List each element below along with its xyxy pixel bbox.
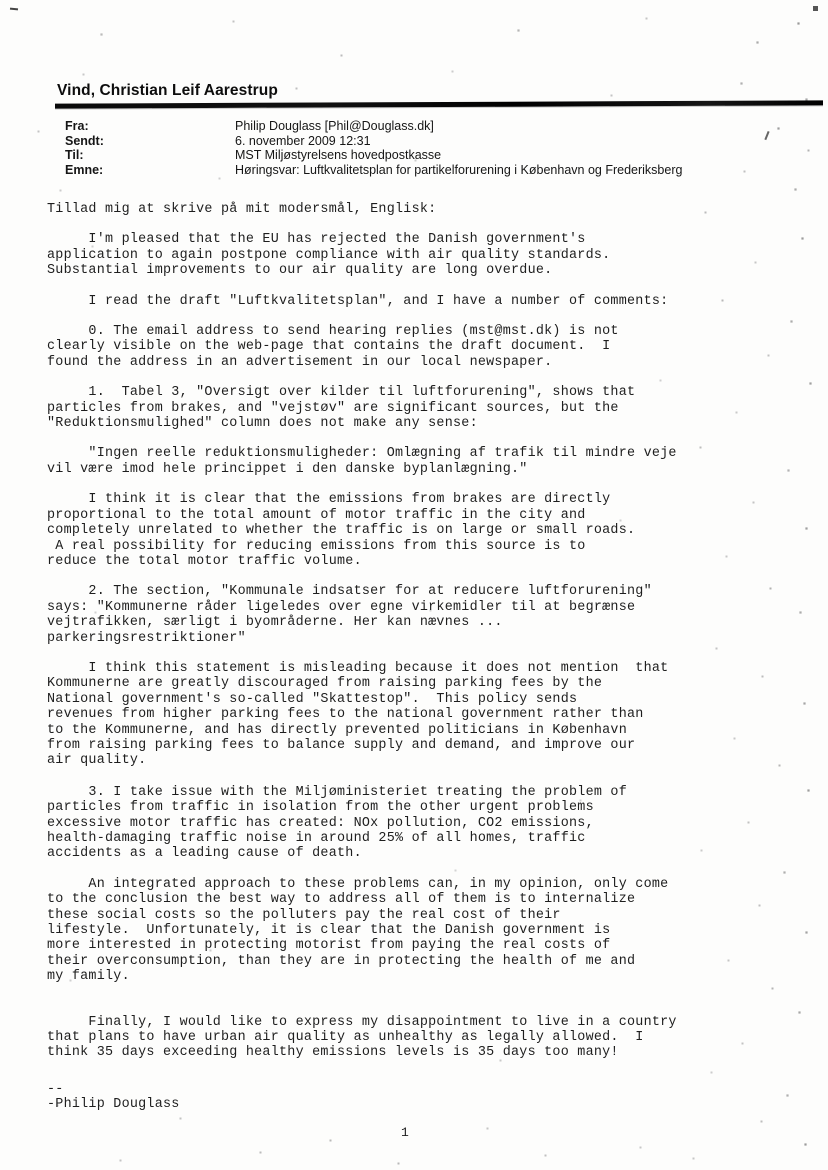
- meta-row-til: Til: MST Miljøstyrelsens hovedpostkasse: [65, 148, 785, 163]
- meta-label-sendt: Sendt:: [65, 134, 235, 149]
- scanned-email-page: Vind, Christian Leif Aarestrup Fra: Phil…: [0, 0, 828, 1170]
- email-paragraph-brakes: I think it is clear that the emissions f…: [47, 492, 787, 569]
- email-signature: -- -Philip Douglass: [47, 1082, 787, 1113]
- meta-row-fra: Fra: Philip Douglass [Phil@Douglass.dk]: [65, 119, 785, 134]
- scan-noise-specks: [0, 0, 1, 1]
- email-paragraph-comment-3: 3. I take issue with the Miljøministerie…: [47, 785, 787, 862]
- email-paragraph-integrated: An integrated approach to these problems…: [47, 877, 787, 985]
- page-number: 1: [401, 1125, 409, 1140]
- meta-value-til: MST Miljøstyrelsens hovedpostkasse: [235, 148, 441, 163]
- email-paragraph-finally: Finally, I would like to express my disa…: [47, 1015, 787, 1061]
- meta-label-til: Til:: [65, 148, 235, 163]
- meta-value-emne: Høringsvar: Luftkvalitetsplan for partik…: [235, 163, 682, 178]
- scan-artifact-mark: [813, 6, 818, 11]
- email-paragraph-intro: Tillad mig at skrive på mit modersmål, E…: [47, 202, 787, 217]
- header-rule: [55, 100, 823, 108]
- email-paragraph-quote-reduktion: "Ingen reelle reduktionsmuligheder: Omlæ…: [47, 446, 787, 477]
- meta-value-sendt: 6. november 2009 12:31: [235, 134, 371, 149]
- email-paragraph-skattestop: I think this statement is misleading bec…: [47, 661, 787, 769]
- meta-label-fra: Fra:: [65, 119, 235, 134]
- meta-row-sendt: Sendt: 6. november 2009 12:31: [65, 134, 785, 149]
- meta-row-emne: Emne: Høringsvar: Luftkvalitetsplan for …: [65, 163, 785, 178]
- email-paragraph-comment-0: 0. The email address to send hearing rep…: [47, 324, 787, 370]
- recipient-name-heading: Vind, Christian Leif Aarestrup: [57, 82, 278, 100]
- email-paragraph-pleased: I'm pleased that the EU has rejected the…: [47, 232, 787, 278]
- email-body: Tillad mig at skrive på mit modersmål, E…: [47, 202, 787, 1128]
- email-paragraph-read-draft: I read the draft "Luftkvalitetsplan", an…: [47, 294, 787, 309]
- email-paragraph-comment-2: 2. The section, "Kommunale indsatser for…: [47, 584, 787, 646]
- email-meta-block: Fra: Philip Douglass [Phil@Douglass.dk] …: [65, 119, 785, 177]
- meta-value-fra: Philip Douglass [Phil@Douglass.dk]: [235, 119, 434, 134]
- meta-label-emne: Emne:: [65, 163, 235, 178]
- email-paragraph-comment-1: 1. Tabel 3, "Oversigt over kilder til lu…: [47, 385, 787, 431]
- scan-artifact-mark: [10, 8, 18, 11]
